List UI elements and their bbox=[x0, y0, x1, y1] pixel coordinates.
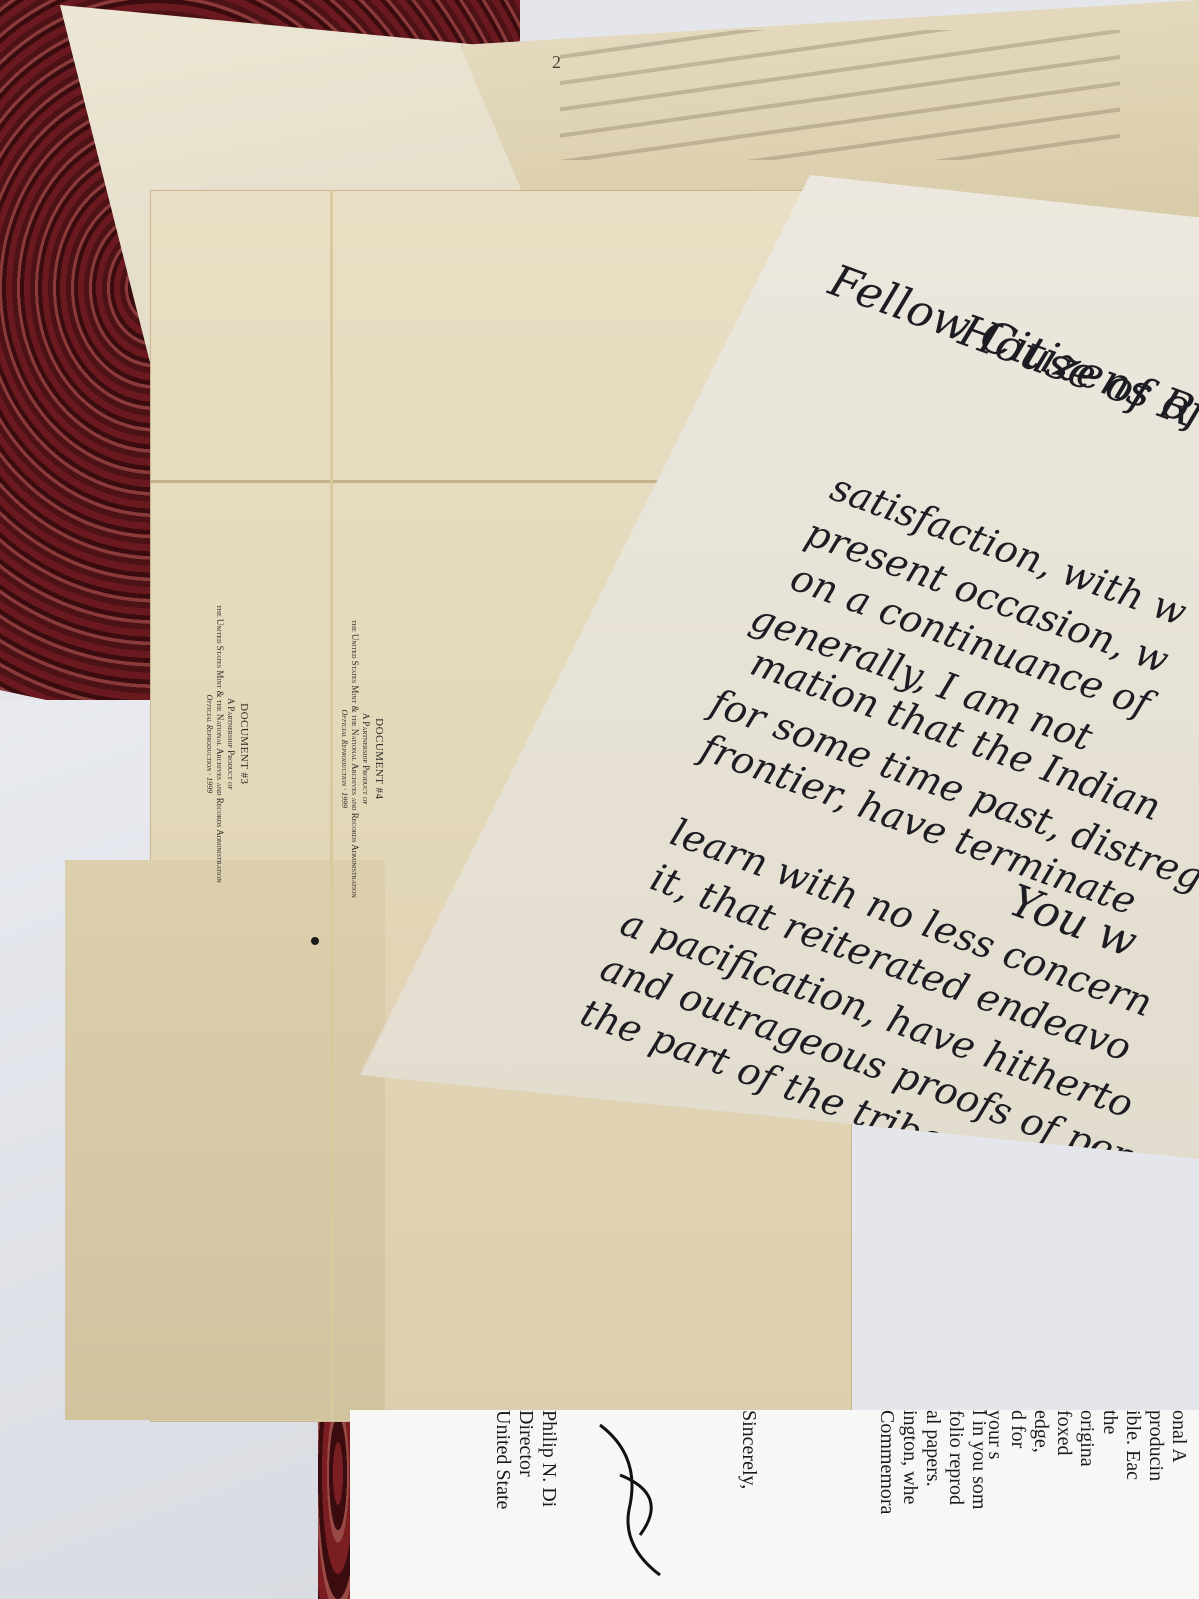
signatory-title: Director bbox=[514, 1410, 537, 1509]
letter-line: Commemora bbox=[875, 1410, 898, 1514]
document-4-stamp: DOCUMENT #4 A Partnership Product of the… bbox=[339, 620, 385, 898]
letter-line: folio reprod bbox=[944, 1410, 967, 1514]
letter-line: onal A bbox=[1167, 1410, 1190, 1481]
stamp-line: the United States Mint & the National Ar… bbox=[214, 605, 225, 883]
document-3-stamp: DOCUMENT #3 A Partnership Product of the… bbox=[204, 605, 250, 883]
signature-icon bbox=[580, 1415, 700, 1595]
stamp-line: Official Reproduction · 1999 bbox=[339, 620, 349, 898]
faded-handwriting bbox=[560, 30, 1120, 160]
signatory-name: Philip N. Di bbox=[537, 1410, 560, 1509]
ink-spot bbox=[311, 937, 319, 945]
closing-text: Sincerely, bbox=[737, 1410, 760, 1489]
signatory-block: Philip N. Di Director United State bbox=[491, 1410, 560, 1509]
letter-line: l in you som bbox=[967, 1410, 990, 1514]
letter-line: the origina bbox=[1075, 1410, 1121, 1481]
stamp-line: Official Reproduction · 1999 bbox=[204, 605, 214, 883]
letter-text-column: onal A producin ible. Eac the origina fo… bbox=[983, 1410, 1190, 1481]
letter-closing: Sincerely, bbox=[737, 1410, 760, 1489]
letter-line: ible. Eac bbox=[1121, 1410, 1144, 1481]
letter-line: ington, whe bbox=[898, 1410, 921, 1514]
letter-line: foxed edge, bbox=[1029, 1410, 1075, 1481]
folded-document-lower-panel bbox=[65, 860, 385, 1420]
letter-text-column: l in you som folio reprod al papers. ing… bbox=[875, 1410, 990, 1514]
cover-letter: onal A producin ible. Eac the origina fo… bbox=[350, 1410, 1199, 1599]
stamp-line: A Partnership Product of bbox=[360, 620, 371, 898]
stamp-line: the United States Mint & the National Ar… bbox=[349, 620, 360, 898]
fold-crease-vertical bbox=[330, 190, 333, 1420]
stamp-title: DOCUMENT #4 bbox=[371, 620, 385, 898]
stamp-line: A Partnership Product of bbox=[225, 605, 236, 883]
letter-line: producin bbox=[1144, 1410, 1167, 1481]
letter-line: al papers. bbox=[921, 1410, 944, 1514]
signatory-org: United State bbox=[491, 1410, 514, 1509]
manuscript-line: House of R bbox=[953, 305, 1199, 437]
page-number: 2 bbox=[552, 52, 561, 73]
stamp-title: DOCUMENT #3 bbox=[236, 605, 250, 883]
